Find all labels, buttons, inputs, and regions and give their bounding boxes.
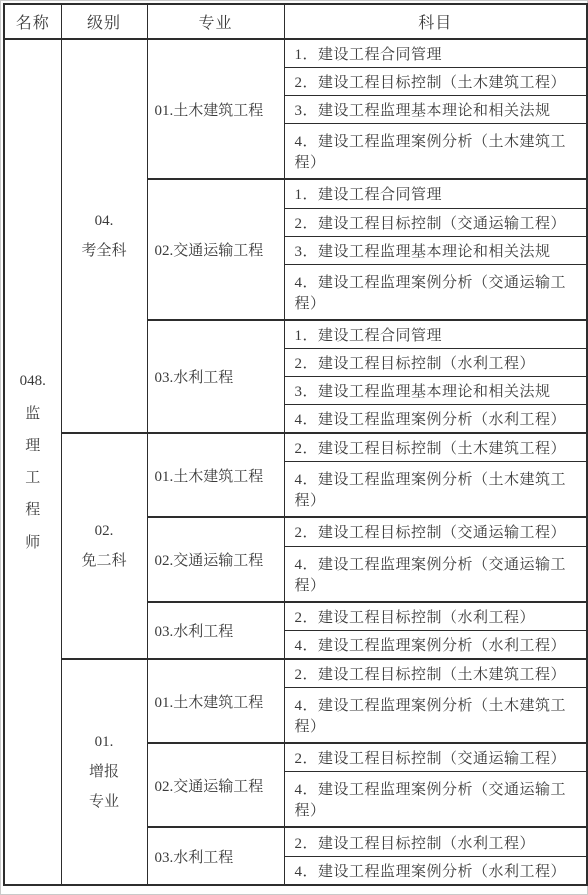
subject-cell: 4．建设工程监理案例分析（水利工程）: [284, 630, 587, 659]
level-cell-kaoquanke: 04. 考全科: [61, 39, 147, 433]
major-cell-jiaotong: 02.交通运输工程: [147, 517, 284, 601]
major-cell-tumu: 01.土木建筑工程: [147, 659, 284, 743]
subject-cell: 2．建设工程目标控制（交通运输工程）: [284, 743, 587, 772]
subject-cell: 2．建设工程目标控制（土木建筑工程）: [284, 433, 587, 462]
level-cell-mianerke: 02. 免二科: [61, 433, 147, 659]
header-cell-major: 专业: [147, 4, 284, 39]
header-cell-level: 级别: [61, 4, 147, 39]
subject-cell: 2．建设工程目标控制（水利工程）: [284, 602, 587, 631]
subject-cell: 4．建设工程监理案例分析（土木建筑工程）: [284, 462, 587, 518]
subject-cell: 1．建设工程合同管理: [284, 320, 587, 349]
subject-cell: 4．建设工程监理案例分析（交通运输工程）: [284, 546, 587, 602]
subject-cell: 4．建设工程监理案例分析（土木建筑工程）: [284, 688, 587, 744]
name-cell: 048. 监 理 工 程 师: [4, 39, 61, 885]
subject-cell: 2．建设工程目标控制（交通运输工程）: [284, 517, 587, 546]
major-cell-jiaotong: 02.交通运输工程: [147, 743, 284, 827]
subject-cell: 4．建设工程监理案例分析（土木建筑工程）: [284, 124, 587, 180]
subject-cell: 2．建设工程目标控制（水利工程）: [284, 348, 587, 376]
table-row: 02. 免二科 01.土木建筑工程 2．建设工程目标控制（土木建筑工程）: [4, 433, 587, 462]
subject-cell: 2．建设工程目标控制（水利工程）: [284, 827, 587, 856]
header-row: 名称 级别 专业 科目: [4, 4, 587, 39]
table-row: 01. 增报 专业 01.土木建筑工程 2．建设工程目标控制（土木建筑工程）: [4, 659, 587, 688]
exam-subjects-table: 名称 级别 专业 科目 048. 监 理 工 程 师 04. 考全科 01.土木…: [3, 3, 588, 886]
subject-cell: 3．建设工程监理基本理论和相关法规: [284, 236, 587, 264]
subject-cell: 1．建设工程合同管理: [284, 39, 587, 68]
major-cell-shuili: 03.水利工程: [147, 320, 284, 434]
header-cell-subject: 科目: [284, 4, 587, 39]
major-cell-shuili: 03.水利工程: [147, 827, 284, 885]
subject-cell: 2．建设工程目标控制（土木建筑工程）: [284, 659, 587, 688]
table-row: 048. 监 理 工 程 师 04. 考全科 01.土木建筑工程 1．建设工程合…: [4, 39, 587, 68]
major-cell-jiaotong: 02.交通运输工程: [147, 179, 284, 319]
subject-cell: 3．建设工程监理基本理论和相关法规: [284, 376, 587, 404]
major-cell-shuili: 03.水利工程: [147, 602, 284, 659]
major-cell-tumu: 01.土木建筑工程: [147, 39, 284, 179]
subject-cell: 4．建设工程监理案例分析（交通运输工程）: [284, 264, 587, 320]
header-cell-name: 名称: [4, 4, 61, 39]
major-cell-tumu: 01.土木建筑工程: [147, 433, 284, 517]
subject-cell: 2．建设工程目标控制（交通运输工程）: [284, 208, 587, 236]
subject-cell: 3．建设工程监理基本理论和相关法规: [284, 96, 587, 124]
level-cell-zengbao: 01. 增报 专业: [61, 659, 147, 885]
subject-cell: 2．建设工程目标控制（土木建筑工程）: [284, 68, 587, 96]
subject-cell: 4．建设工程监理案例分析（水利工程）: [284, 856, 587, 885]
subject-cell: 1．建设工程合同管理: [284, 179, 587, 208]
subject-cell: 4．建设工程监理案例分析（交通运输工程）: [284, 772, 587, 828]
page-frame: 名称 级别 专业 科目 048. 监 理 工 程 师 04. 考全科 01.土木…: [0, 0, 588, 895]
subject-cell: 4．建设工程监理案例分析（水利工程）: [284, 404, 587, 433]
